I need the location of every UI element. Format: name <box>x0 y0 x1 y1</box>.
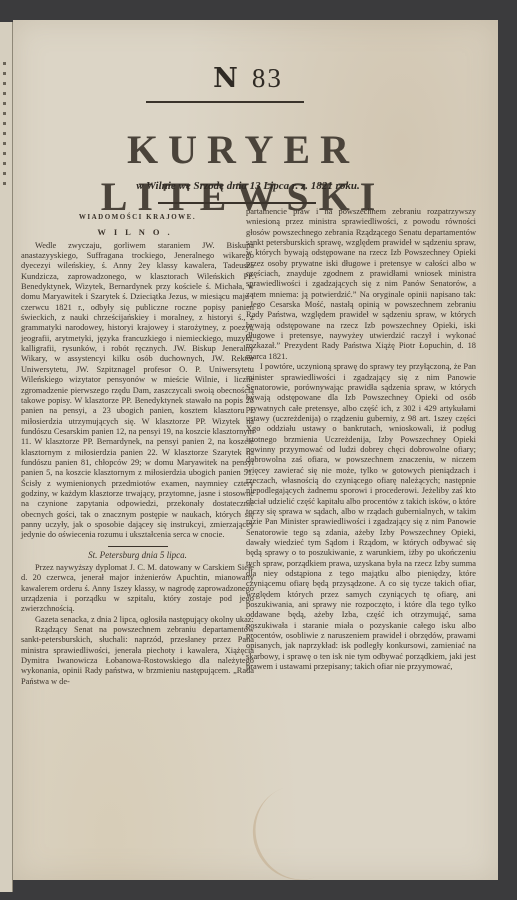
city-heading: WILNO. <box>21 227 254 237</box>
masthead-rule-bottom <box>158 202 316 204</box>
article-subheading: St. Petersburg dnia 5 lipca. <box>21 550 254 560</box>
article-paragraph: I powtóre, uczynioną sprawę do sprawy te… <box>246 362 476 672</box>
adjacent-page-edge <box>0 22 13 892</box>
article-paragraph: partamencie praw i na powszechnem zebran… <box>246 207 476 362</box>
right-column: partamencie praw i na powszechnem zebran… <box>246 207 476 672</box>
section-heading: WIADOMOŚCI KRAJOWE. <box>21 212 254 222</box>
paper-stain <box>240 772 360 893</box>
newspaper-title: KURYER LITEWSKI <box>33 126 453 220</box>
article-paragraph: Przez naywyższy dyplomat J. C. M. datowa… <box>21 563 254 615</box>
issue-prefix: N <box>213 63 240 94</box>
article-paragraph: Gazeta senacka, z dnia 2 lipca, ogłosiła… <box>21 615 254 625</box>
issue-number-value: 83 <box>252 63 283 93</box>
dateline: w Wilnie we Srzodę dnia 13 Lipca r. z. 1… <box>13 180 483 192</box>
left-column: WIADOMOŚCI KRAJOWE. WILNO. Wedle zwyczaj… <box>21 212 254 687</box>
issue-number: N83 <box>13 63 483 94</box>
article-divider <box>108 546 168 547</box>
masthead-rule-top <box>146 101 304 103</box>
article-paragraph: Rządzący Senat na powszechnem zebraniu d… <box>21 625 254 687</box>
newspaper-page: N83 KURYER LITEWSKI w Wilnie we Srzodę d… <box>13 20 498 880</box>
article-paragraph: Wedle zwyczaju, gorliwem staraniem JW. B… <box>21 241 254 541</box>
